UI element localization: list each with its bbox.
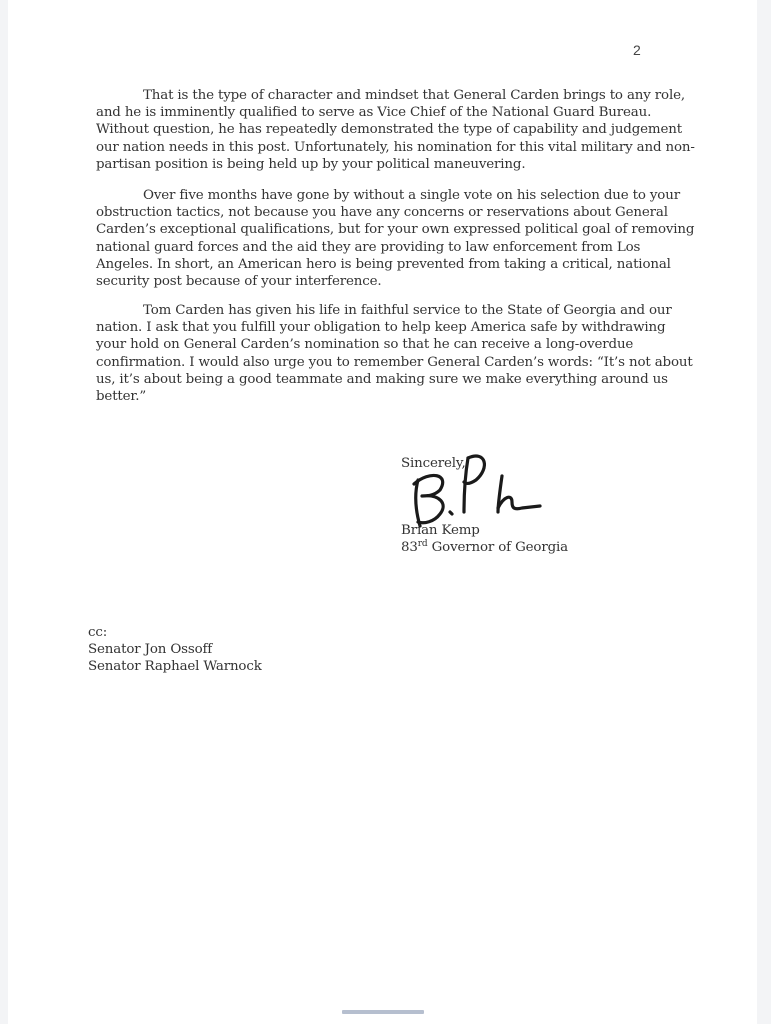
page-number: 2: [633, 42, 641, 58]
signer-title-number: 83: [401, 540, 418, 555]
letter-paragraph-2: Over five months have gone by without a …: [96, 187, 696, 290]
signer-title: 83rd Governor of Georgia: [401, 539, 568, 556]
letter-paragraph-1: That is the type of character and mindse…: [96, 87, 696, 173]
signature-icon: [406, 450, 556, 530]
signer-title-rest: Governor of Georgia: [428, 540, 568, 555]
document-viewer[interactable]: 2 That is the type of character and mind…: [0, 0, 771, 1024]
signer-name: Brian Kemp: [401, 522, 480, 539]
signer-title-suffix: rd: [418, 539, 428, 549]
home-indicator[interactable]: [342, 1010, 424, 1014]
cc-label: cc:: [88, 624, 262, 641]
cc-recipient: Senator Raphael Warnock: [88, 658, 262, 675]
document-page: 2 That is the type of character and mind…: [8, 0, 757, 1024]
cc-block: cc: Senator Jon Ossoff Senator Raphael W…: [88, 624, 262, 676]
cc-recipient: Senator Jon Ossoff: [88, 641, 262, 658]
letter-paragraph-3: Tom Carden has given his life in faithfu…: [96, 302, 696, 405]
